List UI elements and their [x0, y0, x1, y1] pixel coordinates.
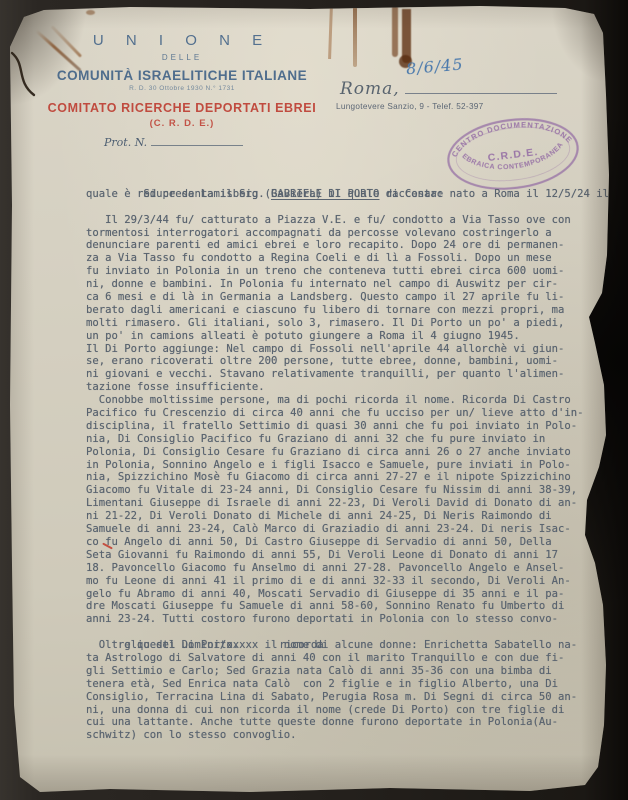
- typewritten-line: gli Settimio e Carlo; Sed Grazia nata Ca…: [86, 665, 606, 678]
- letterhead: U N I O N E DELLE COMUNITÀ ISRAELITICHE …: [32, 32, 332, 149]
- typewritten-line: nia, Spizzichino Mosè fu Giacomo di circ…: [86, 471, 606, 484]
- typewritten-line: ta Astrologo di Salvatore di anni 40 con…: [86, 652, 606, 665]
- committee-abbreviation: (C. R. D. E.): [32, 118, 332, 129]
- typewritten-line: Pacifico fu Crescenzio di circa 40 anni …: [86, 407, 606, 420]
- typewritten-line: tazione fosse insufficiente.: [86, 381, 606, 394]
- typewritten-line: nia, Di Consiglio Pacifico fu Graziano d…: [86, 433, 606, 446]
- typewritten-line: co fu Angelo di anni 50, Di Castro Giuse…: [86, 536, 606, 549]
- typewritten-line: Limentani Giuseppe di Israele di anni 22…: [86, 497, 606, 510]
- typewritten-line: ca 6 mesi e di là in Germania a Landsber…: [86, 291, 606, 304]
- royal-decree-reference: R. D. 30 Ottobre 1930 N.° 1731: [32, 85, 332, 92]
- paragraph-remembered-men: Conobbe moltissime persone, ma di pochi …: [86, 394, 606, 626]
- typewritten-line: berato dagli americani e ciascuno fu lib…: [86, 304, 606, 317]
- typewritten-line: Giacomo fu Vitale di 23-24 anni, Di Cons…: [86, 484, 606, 497]
- paragraph-remembered-women: Oltre questi uomini/xxxxx il nome di alc…: [86, 639, 606, 742]
- protocol-blank-line: [151, 136, 243, 146]
- typewritten-line: in Polonia, Sonnino Angelo e i figli Isa…: [86, 459, 606, 472]
- handwritten-date: 8/6/45: [405, 55, 464, 79]
- typewritten-line: anni 23-24. Tutti costoro furono deporta…: [86, 613, 606, 626]
- typewritten-line: Seta Giovanni fu Raimondo di anni 55, Di…: [86, 549, 606, 562]
- organization-name-line2: DELLE: [32, 53, 332, 62]
- typewritten-line: un po' in camions alleati è potuto giung…: [86, 330, 606, 343]
- typewritten-line: Consiglio, Terracina Lina di Sabato, Per…: [86, 691, 606, 704]
- typewritten-line: Il 29/3/44 fu/ catturato a Piazza V.E. e…: [86, 214, 606, 227]
- typewritten-line: mo fu Leone di anni 41 il primo di e di …: [86, 575, 606, 588]
- typewritten-line: ni 21-22, Di Veroli Donato di Michele di…: [86, 510, 606, 523]
- typewritten-line: Polonia, Di Consiglio Cesare fu Graziano…: [86, 446, 606, 459]
- city-dateline: Roma,: [340, 79, 557, 99]
- typewritten-line: ni, una donna di cui non ricorda il nome…: [86, 704, 606, 717]
- typewritten-line: Il Di Porto aggiunge: Nel campo di Fosso…: [86, 343, 606, 356]
- typewritten-line: 18. Pavoncello Giacomo fu Anselmo di ann…: [86, 562, 606, 575]
- typewritten-line: ni giovani e vecchi. Stavano relativamen…: [86, 368, 606, 381]
- typewritten-testimony: Si presenta il Sig. GABRIELE DI PORTO di…: [86, 175, 606, 742]
- typewritten-line: fu inviato in Polonia in un treno che co…: [86, 265, 606, 278]
- document-paper: U N I O N E DELLE COMUNITÀ ISRAELITICHE …: [10, 5, 611, 794]
- typewritten-line: glio del Di Porto.ricorda: [86, 626, 606, 639]
- blank-line: [86, 201, 606, 214]
- typewritten-line: za a Via Tasso fu condotto a Regina Coel…: [86, 252, 606, 265]
- typewritten-line: tormentosi interrogatori accompagnati da…: [86, 227, 606, 240]
- typewritten-line: Conobbe moltissime persone, ma di pochi …: [86, 394, 606, 407]
- typewritten-line: Si presenta il Sig. GABRIELE DI PORTO di…: [86, 175, 606, 188]
- typewritten-line: gelo fu Abramo di anni 40, Moscati Serva…: [86, 588, 606, 601]
- scanned-document-photo: { "letterhead": { "org_line1": "U N I O …: [0, 0, 628, 800]
- typewritten-line: molti rimasero. Gli italiani, solo 3, ri…: [86, 317, 606, 330]
- typewritten-line: schwitz) con lo stesso convoglio.: [86, 729, 606, 742]
- protocol-label: Prot. N.: [104, 136, 147, 149]
- typewritten-line: dre Moscati Giuseppe fu Samuele di anni …: [86, 600, 606, 613]
- typewritten-line: se, erano ricoverati oltre 200 persone, …: [86, 355, 606, 368]
- drip-stain: [392, 7, 398, 57]
- committee-name: COMITATO RICERCHE DEPORTATI EBREI: [32, 101, 332, 115]
- drip-stain: [353, 5, 357, 67]
- typewritten-line: ni, donne e bambini. In Polonia fu inter…: [86, 278, 606, 291]
- typewritten-line: cui una lattante. Anche tutte queste don…: [86, 716, 606, 729]
- typewritten-line: tenera età, Sed Enrica nata Calò con 2 f…: [86, 678, 606, 691]
- date-blank-line: [405, 81, 557, 94]
- protocol-number-field: Prot. N.: [32, 136, 332, 149]
- organization-name-line1: U N I O N E: [32, 32, 332, 49]
- drip-stain: [402, 9, 411, 63]
- organization-name-line3: COMUNITÀ ISRAELITICHE ITALIANE: [32, 68, 332, 83]
- typewritten-line: disciplina, il fratello Settimio di quas…: [86, 420, 606, 433]
- city-label: Roma,: [340, 79, 400, 99]
- typewritten-line: Oltre questi uomini/xxxxx il nome di alc…: [86, 639, 606, 652]
- typewritten-line: denunciare parenti ed amici ebrei e loro…: [86, 239, 606, 252]
- address-line: Lungotevere Sanzio, 9 - Telef. 52-397: [336, 102, 484, 111]
- rust-stain: [86, 10, 95, 15]
- paragraph-capture-deportation: Il 29/3/44 fu/ catturato a Piazza V.E. e…: [86, 214, 606, 394]
- typewritten-line: Samuele di anni 23-24, Calò Marco di Gra…: [86, 523, 606, 536]
